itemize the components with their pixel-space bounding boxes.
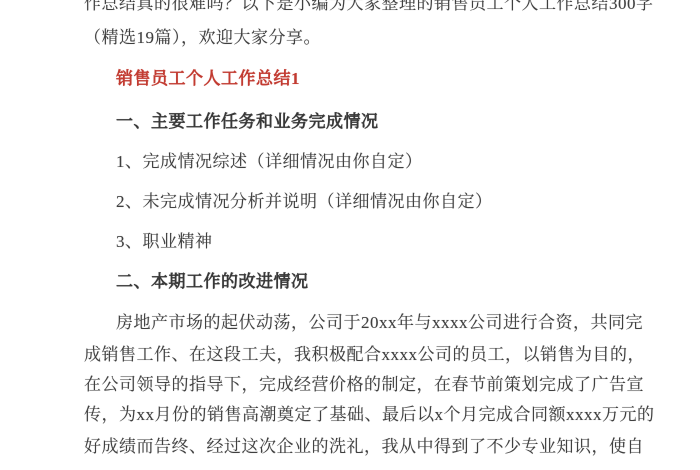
heading-main-tasks: 一、主要工作任务和业务完成情况 <box>116 111 379 132</box>
paragraph-line-4: 传，为xx月份的销售高潮奠定了基础、最后以x个月完成合同额xxxx万元的 <box>84 404 655 425</box>
list-item-2: 2、未完成情况分析并说明（详细情况由你自定） <box>116 191 493 212</box>
document-page: 作总结真的很难吗？以下是小编为大家整理的销售员工个人工作总结300字 （精选19… <box>0 0 700 470</box>
list-item-3: 3、职业精神 <box>116 231 213 252</box>
intro-line-2: （精选19篇），欢迎大家分享。 <box>84 27 321 48</box>
section-title: 销售员工个人工作总结1 <box>116 68 300 89</box>
list-item-1: 1、完成情况综述（详细情况由你自定） <box>116 151 423 172</box>
heading-improvements: 二、本期工作的改进情况 <box>116 271 309 292</box>
paragraph-line-2: 成销售工作、在这段工夫，我积极配合xxxx公司的员工，以销售为目的， <box>84 344 645 365</box>
paragraph-line-1: 房地产市场的起伏动荡，公司于20xx年与xxxx公司进行合资，共同完 <box>116 312 643 333</box>
paragraph-line-3: 在公司领导的指导下，完成经营价格的制定，在春节前策划完成了广告宣 <box>84 374 644 395</box>
paragraph-line-5: 好成绩而告终、经过这次企业的洗礼，我从中得到了不少专业知识，使自 <box>84 436 644 457</box>
intro-line-1: 作总结真的很难吗？以下是小编为大家整理的销售员工个人工作总结300字 <box>84 0 654 14</box>
